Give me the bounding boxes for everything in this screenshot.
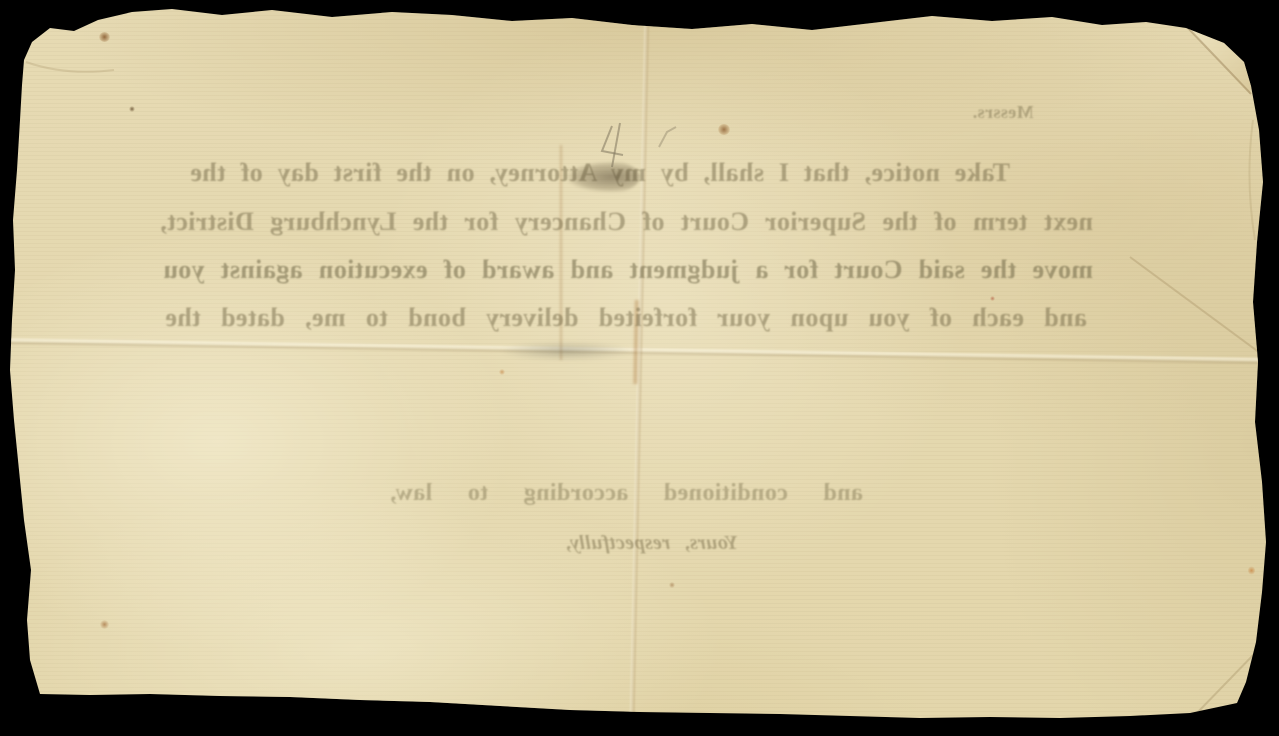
fox-spot — [99, 32, 110, 42]
show-through-line: and each of you upon your forfeited deli… — [165, 304, 1087, 333]
fox-spot — [1248, 566, 1255, 575]
photo-black-backdrop: Messrs. Take notice, that I shall, by my… — [0, 0, 1279, 736]
ink-smudge — [536, 157, 640, 197]
paper-sheet: Messrs. Take notice, that I shall, by my… — [0, 0, 1279, 736]
secondary-vertical-crease — [560, 145, 562, 360]
fox-spot — [499, 369, 505, 375]
fold-intersection-stain — [633, 300, 638, 384]
show-through-closing: Yours, respectfully, — [565, 532, 738, 554]
fox-spot — [990, 296, 995, 301]
fox-spot — [100, 620, 109, 629]
show-through-line: Take notice, that I shall, by my Attorne… — [190, 159, 1010, 188]
fox-spot — [669, 582, 675, 588]
show-through-salutation: Messrs. — [971, 103, 1035, 123]
pencil-mark — [602, 123, 676, 167]
vertical-fold-crease — [630, 14, 650, 716]
fox-spot — [718, 124, 730, 135]
show-through-line: move the said Court for a judgment and a… — [163, 256, 1093, 285]
fox-spot — [129, 106, 135, 112]
folded-corner-flap — [1180, 20, 1262, 102]
crease-and-pencil-overlay — [0, 0, 1279, 736]
show-through-line: next term of the Superior Court of Chanc… — [160, 208, 1093, 237]
fold-smear — [486, 338, 646, 364]
show-through-condition-line: and conditioned according to law, — [390, 480, 863, 506]
horizontal-fold-crease — [8, 338, 1264, 365]
